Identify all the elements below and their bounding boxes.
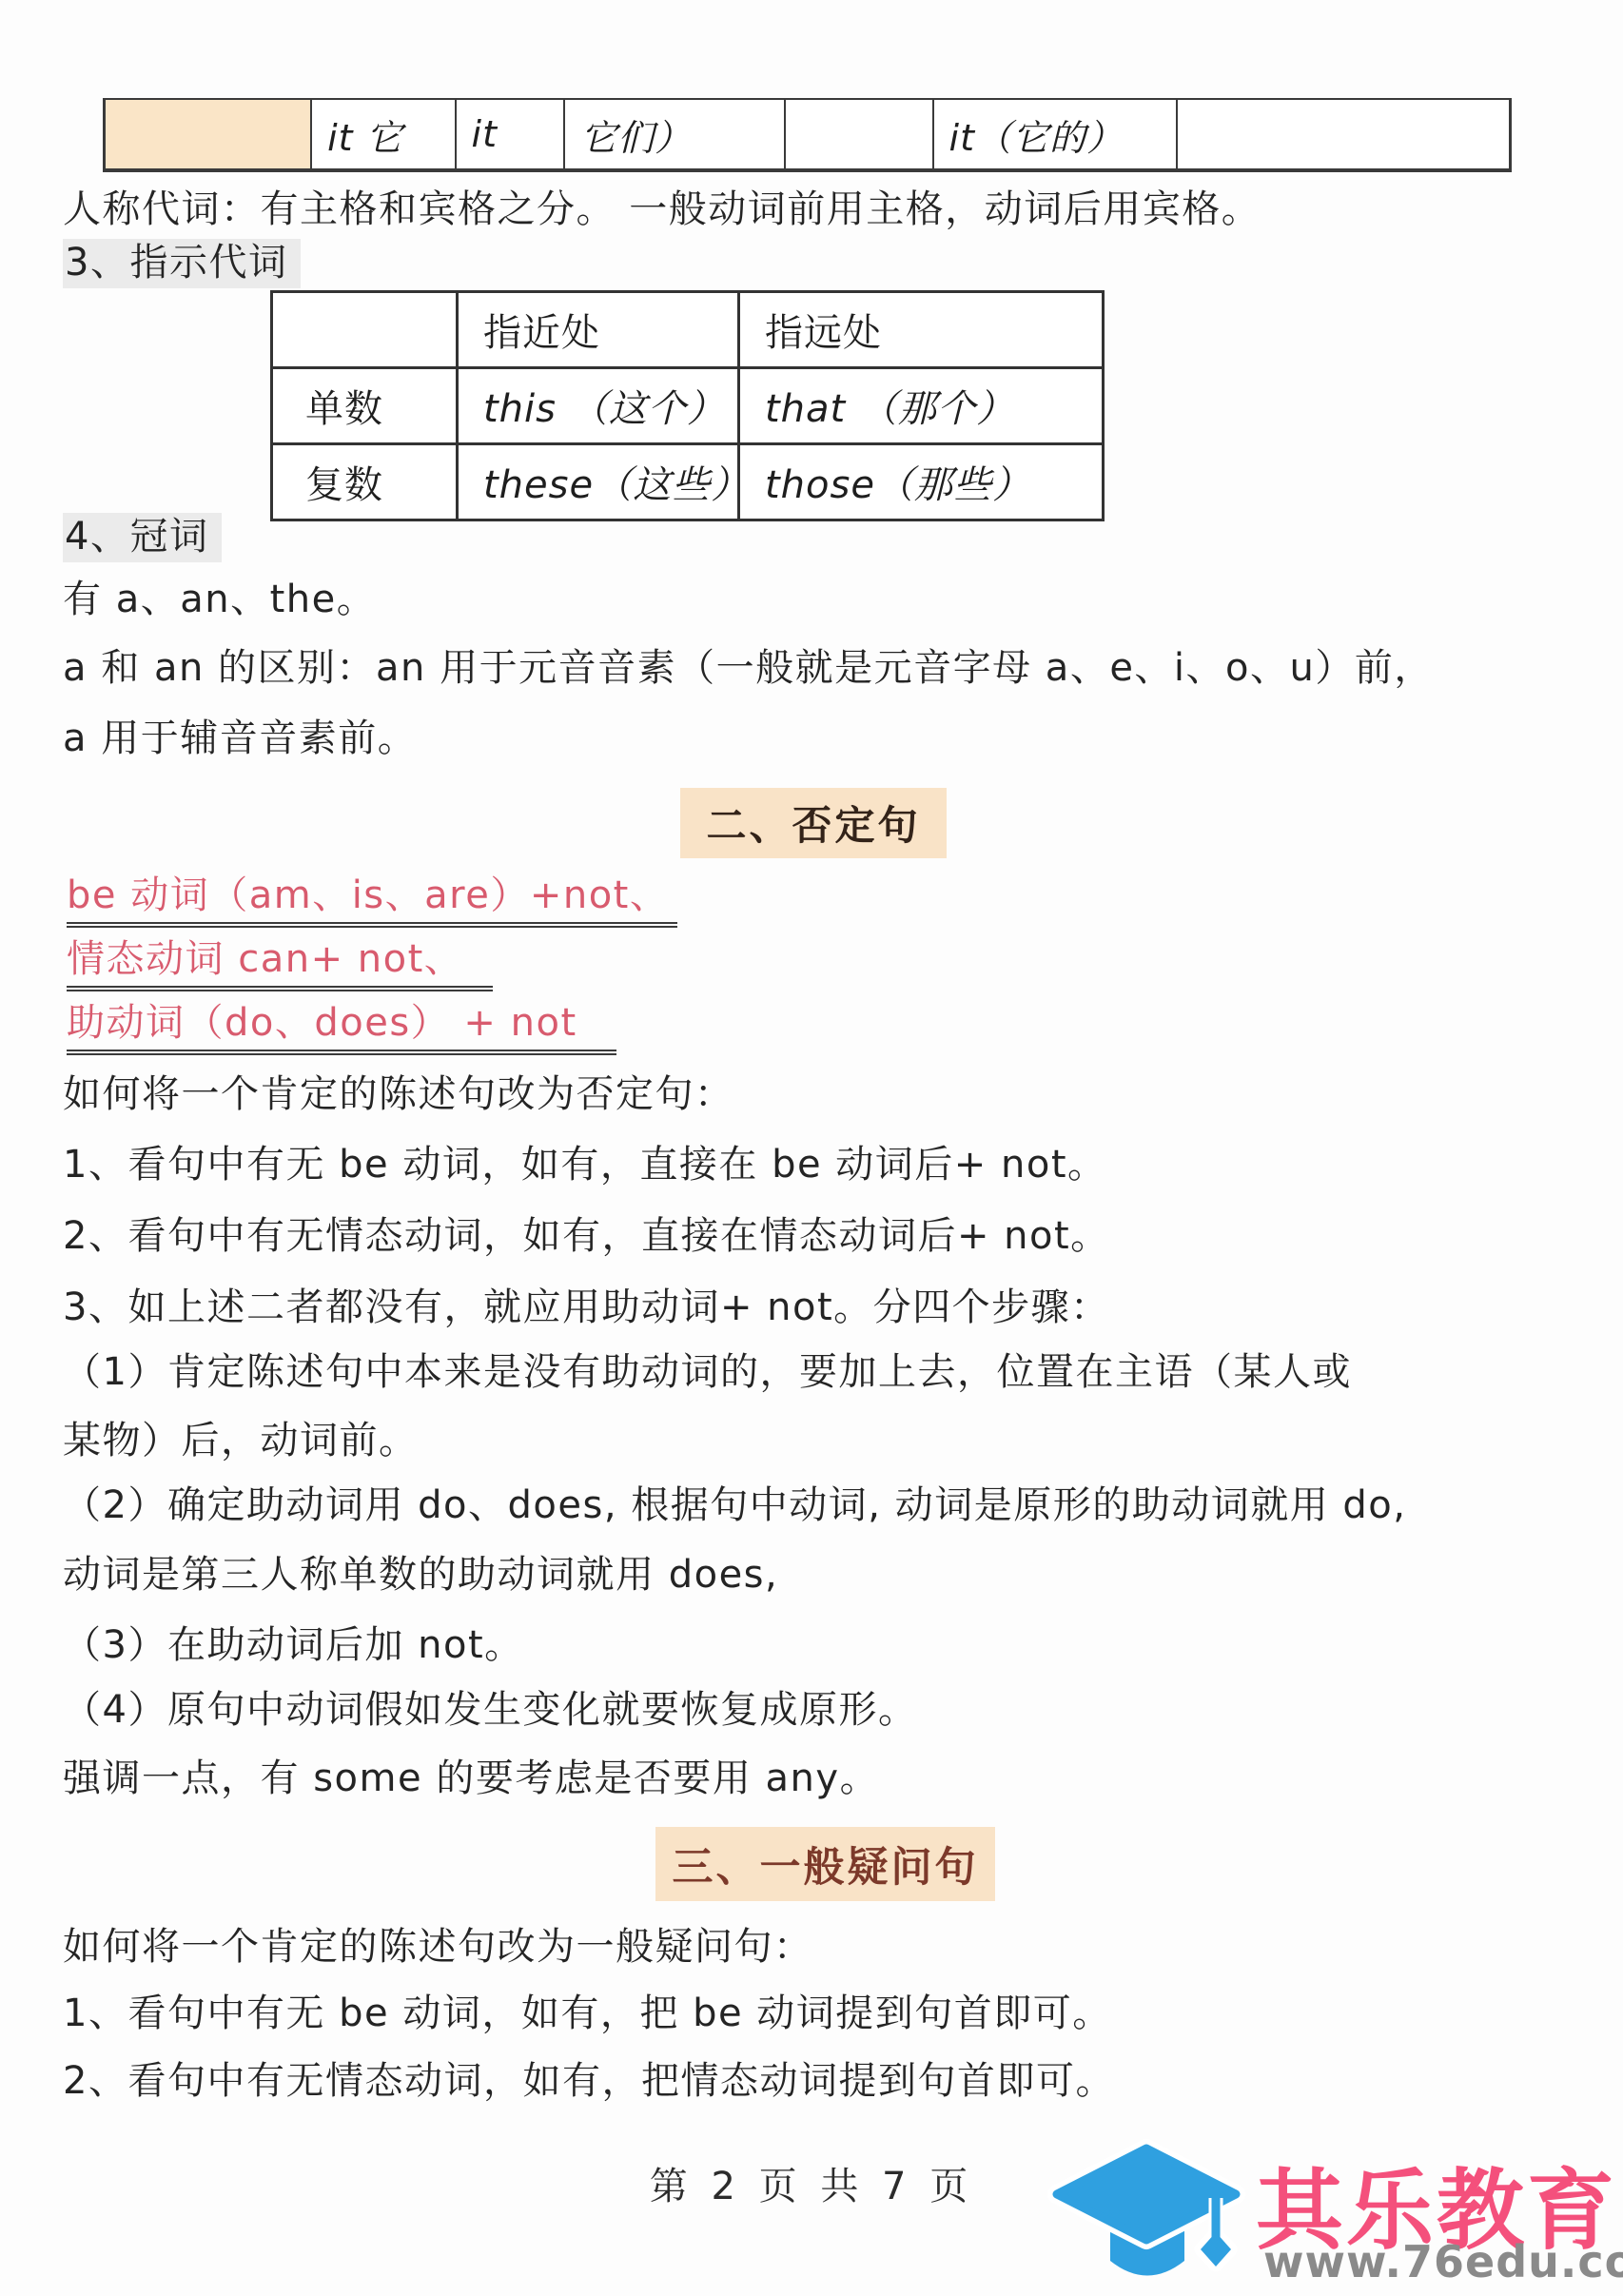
demonstrative-pronoun-table: 指近处 指远处 单数 this （这个） that （那个） 复数 these（… bbox=[270, 290, 1105, 521]
table-cell bbox=[1178, 100, 1509, 168]
articles-line: 有 a、an、the。 bbox=[63, 577, 376, 622]
table-cell bbox=[272, 292, 458, 368]
negation-step: （4）原句中动词假如发生变化就要恢复成原形。 bbox=[63, 1687, 917, 1733]
negation-step: 1、看句中有无 be 动词，如有，直接在 be 动词后+ not。 bbox=[63, 1142, 1107, 1187]
negation-step: 动词是第三人称单数的助动词就用 does, bbox=[63, 1552, 778, 1598]
question-step: 2、看句中有无情态动词，如有，把情态动词提到句首即可。 bbox=[63, 2058, 1115, 2104]
section-heading-general-question: 三、一般疑问句 bbox=[655, 1827, 995, 1901]
negation-pattern-be: be 动词（am、is、are）+not、 bbox=[67, 873, 677, 928]
negation-step: 某物）后，动词前。 bbox=[63, 1418, 419, 1463]
negation-step: 强调一点，有 some 的要考虑是否要用 any。 bbox=[63, 1756, 879, 1801]
table-row: 复数 these（这些） those（那些） bbox=[272, 444, 1104, 520]
table-cell: that （那个） bbox=[739, 368, 1104, 444]
pronoun-note: 人称代词：有主格和宾格之分。 一般动词前用主格，动词后用宾格。 bbox=[63, 186, 1261, 232]
table-cell: 复数 bbox=[272, 444, 458, 520]
table-cell bbox=[786, 100, 933, 168]
negation-step: （3）在助动词后加 not。 bbox=[63, 1622, 524, 1668]
question-step: 如何将一个肯定的陈述句改为一般疑问句： bbox=[63, 1924, 813, 1970]
table-row: 单数 this （这个） that （那个） bbox=[272, 368, 1104, 444]
negation-step: 如何将一个肯定的陈述句改为否定句： bbox=[63, 1071, 734, 1117]
heading-articles-text: 4、冠词 bbox=[63, 513, 222, 562]
heading-demonstrative-text: 3、指示代词 bbox=[63, 239, 301, 288]
section-heading-negation: 二、否定句 bbox=[680, 788, 947, 858]
table-header-row: 指近处 指远处 bbox=[272, 292, 1104, 368]
question-step: 1、看句中有无 be 动词，如有，把 be 动词提到句首即可。 bbox=[63, 1991, 1112, 2036]
negation-step: （1）肯定陈述句中本来是没有助动词的，要加上去，位置在主语（某人或 bbox=[63, 1349, 1352, 1395]
brand-website: www.76edu.com bbox=[1263, 2236, 1623, 2287]
negation-pattern-aux: 助动词（do、does） + not bbox=[67, 1001, 616, 1055]
table-cell: those（那些） bbox=[739, 444, 1104, 520]
table-cell: 指近处 bbox=[458, 292, 739, 368]
table-cell: this （这个） bbox=[458, 368, 739, 444]
table-cell bbox=[106, 100, 312, 168]
table-cell: 指远处 bbox=[739, 292, 1104, 368]
negation-pattern-modal: 情态动词 can+ not、 bbox=[67, 937, 493, 991]
table-cell: 单数 bbox=[272, 368, 458, 444]
document-page: it 它 it 它们） it（它的） 人称代词：有主格和宾格之分。 一般动词前用… bbox=[0, 0, 1623, 2296]
table-cell: it bbox=[457, 100, 566, 168]
negation-step: 2、看句中有无情态动词，如有，直接在情态动词后+ not。 bbox=[63, 1213, 1110, 1259]
personal-pronoun-table-row: it 它 it 它们） it（它的） bbox=[103, 98, 1512, 172]
table-cell: these（这些） bbox=[458, 444, 739, 520]
negation-step: （2）确定助动词用 do、does, 根据句中动词, 动词是原形的助动词就用 d… bbox=[63, 1482, 1407, 1528]
table-cell: it（它的） bbox=[934, 100, 1179, 168]
table-cell: 它们） bbox=[565, 100, 786, 168]
graduation-cap-icon bbox=[1042, 2135, 1251, 2292]
heading-articles: 4、冠词 bbox=[63, 514, 222, 559]
articles-line: a 用于辅音音素前。 bbox=[63, 716, 417, 761]
articles-line: a 和 an 的区别：an 用于元音音素（一般就是元音字母 a、e、i、o、u）… bbox=[63, 645, 1434, 691]
heading-demonstrative-pronoun: 3、指示代词 bbox=[63, 240, 301, 285]
negation-step: 3、如上述二者都没有，就应用助动词+ not。分四个步骤： bbox=[63, 1285, 1110, 1330]
table-cell: it 它 bbox=[312, 100, 456, 168]
